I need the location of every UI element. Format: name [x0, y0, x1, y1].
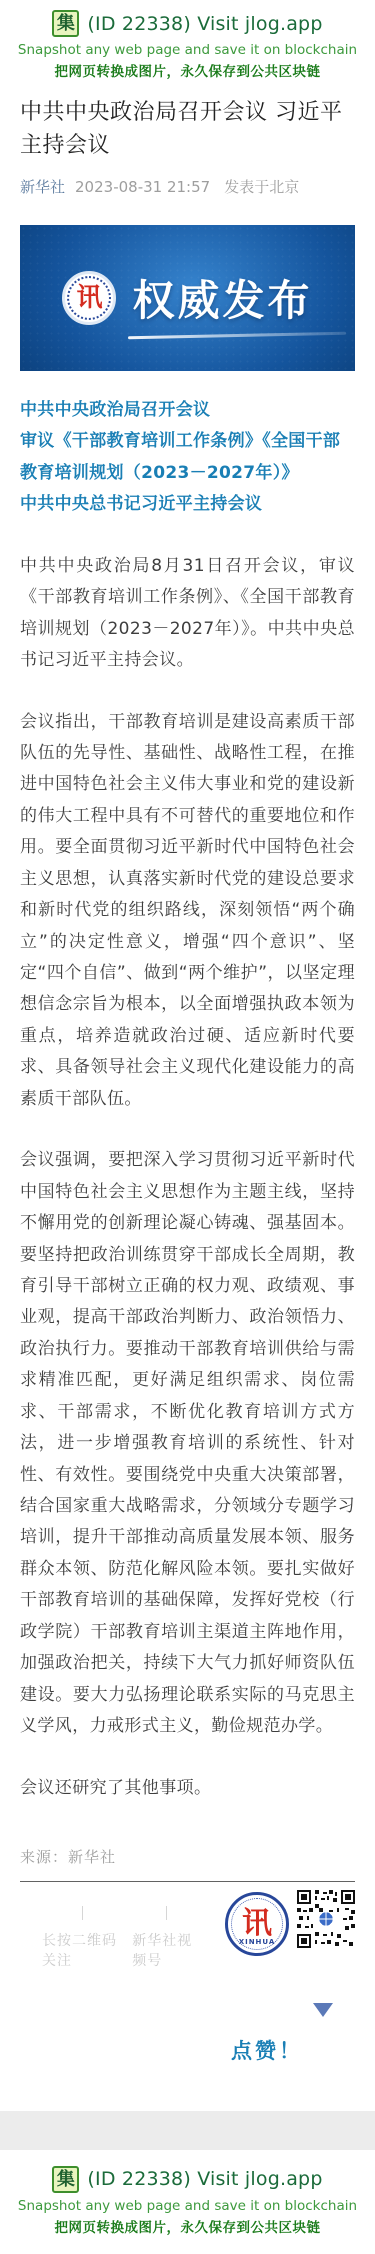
xinhua-logo-icon: 讯 XINHUA	[225, 1892, 289, 1956]
channel-name: 新华社视频号	[132, 1930, 201, 1970]
bottom-gray-band	[0, 2111, 375, 2150]
jlog-footer: 集 (ID 22338) Visit jlog.app Snapshot any…	[0, 2150, 375, 2254]
lead-line-3: 中共中央总书记习近平主持会议	[20, 489, 355, 520]
jlog-id-link[interactable]: (ID 22338) Visit jlog.app	[87, 13, 322, 35]
byline: 新华社 2023-08-31 21:57 发表于北京	[20, 176, 355, 197]
paragraph: 会议还研究了其他事项。	[20, 1773, 355, 1804]
article: 中共中央政治局召开会议 习近平主持会议 新华社 2023-08-31 21:57…	[0, 96, 375, 2065]
jlog-header: 集 (ID 22338) Visit jlog.app Snapshot any…	[0, 0, 375, 80]
publish-time: 2023-08-31 21:57	[75, 178, 210, 196]
jlog-tagline-en: Snapshot any web page and save it on blo…	[0, 2198, 375, 2214]
authoritative-release-banner: 讯 权威发布	[20, 225, 355, 371]
xinhua-banner-logo-icon: 讯	[62, 271, 116, 325]
tick-mark	[166, 1906, 167, 1920]
lead-line-2: 审议《干部教育培训工作条例》《全国干部教育培训规划（2023－2027年）》	[20, 426, 355, 489]
lead-line-1: 中共中央政治局召开会议	[20, 395, 355, 426]
jlog-badge-icon: 集	[52, 2166, 79, 2193]
jlog-tagline-zh: 把网页转换成图片，永久保存到公共区块链	[0, 60, 375, 80]
like-row: 点赞！	[20, 2035, 355, 2065]
paragraph: 中共中央政治局8月31日召开会议，审议《干部教育培训工作条例》、《全国干部教育培…	[20, 551, 355, 677]
source-line: 来源：新华社	[20, 1846, 355, 1867]
qr-code-icon	[297, 1890, 355, 1952]
source-account-link[interactable]: 新华社	[20, 176, 65, 197]
jlog-id-link[interactable]: (ID 22338) Visit jlog.app	[87, 2168, 322, 2190]
banner-underline	[128, 332, 346, 340]
jlog-tagline-en: Snapshot any web page and save it on blo…	[0, 42, 375, 58]
banner-headline: 权威发布	[132, 268, 312, 328]
publish-location: 发表于北京	[224, 176, 299, 197]
like-button[interactable]: 点赞！	[231, 2039, 303, 2063]
follow-hint: 长按二维码关注	[42, 1930, 122, 1970]
jlog-badge-icon: 集	[52, 10, 79, 37]
divider	[20, 1881, 355, 1882]
paragraph: 会议指出，干部教育培训是建设高素质干部队伍的先导性、基础性、战略性工程，在推进中…	[20, 707, 355, 1116]
paragraph: 会议强调，要把深入学习贯彻习近平新时代中国特色社会主义思想作为主题主线，坚持不懈…	[20, 1145, 355, 1742]
article-lead: 中共中央政治局召开会议 审议《干部教育培训工作条例》《全国干部教育培训规划（20…	[20, 395, 355, 521]
page-title: 中共中央政治局召开会议 习近平主持会议	[20, 96, 355, 162]
tick-mark	[82, 1906, 83, 1920]
jlog-tagline-zh: 把网页转换成图片，永久保存到公共区块链	[0, 2216, 375, 2236]
triangle-down-icon	[313, 2003, 333, 2017]
follow-section: 长按二维码关注 新华社视频号 讯 XINHUA	[20, 1888, 355, 1970]
